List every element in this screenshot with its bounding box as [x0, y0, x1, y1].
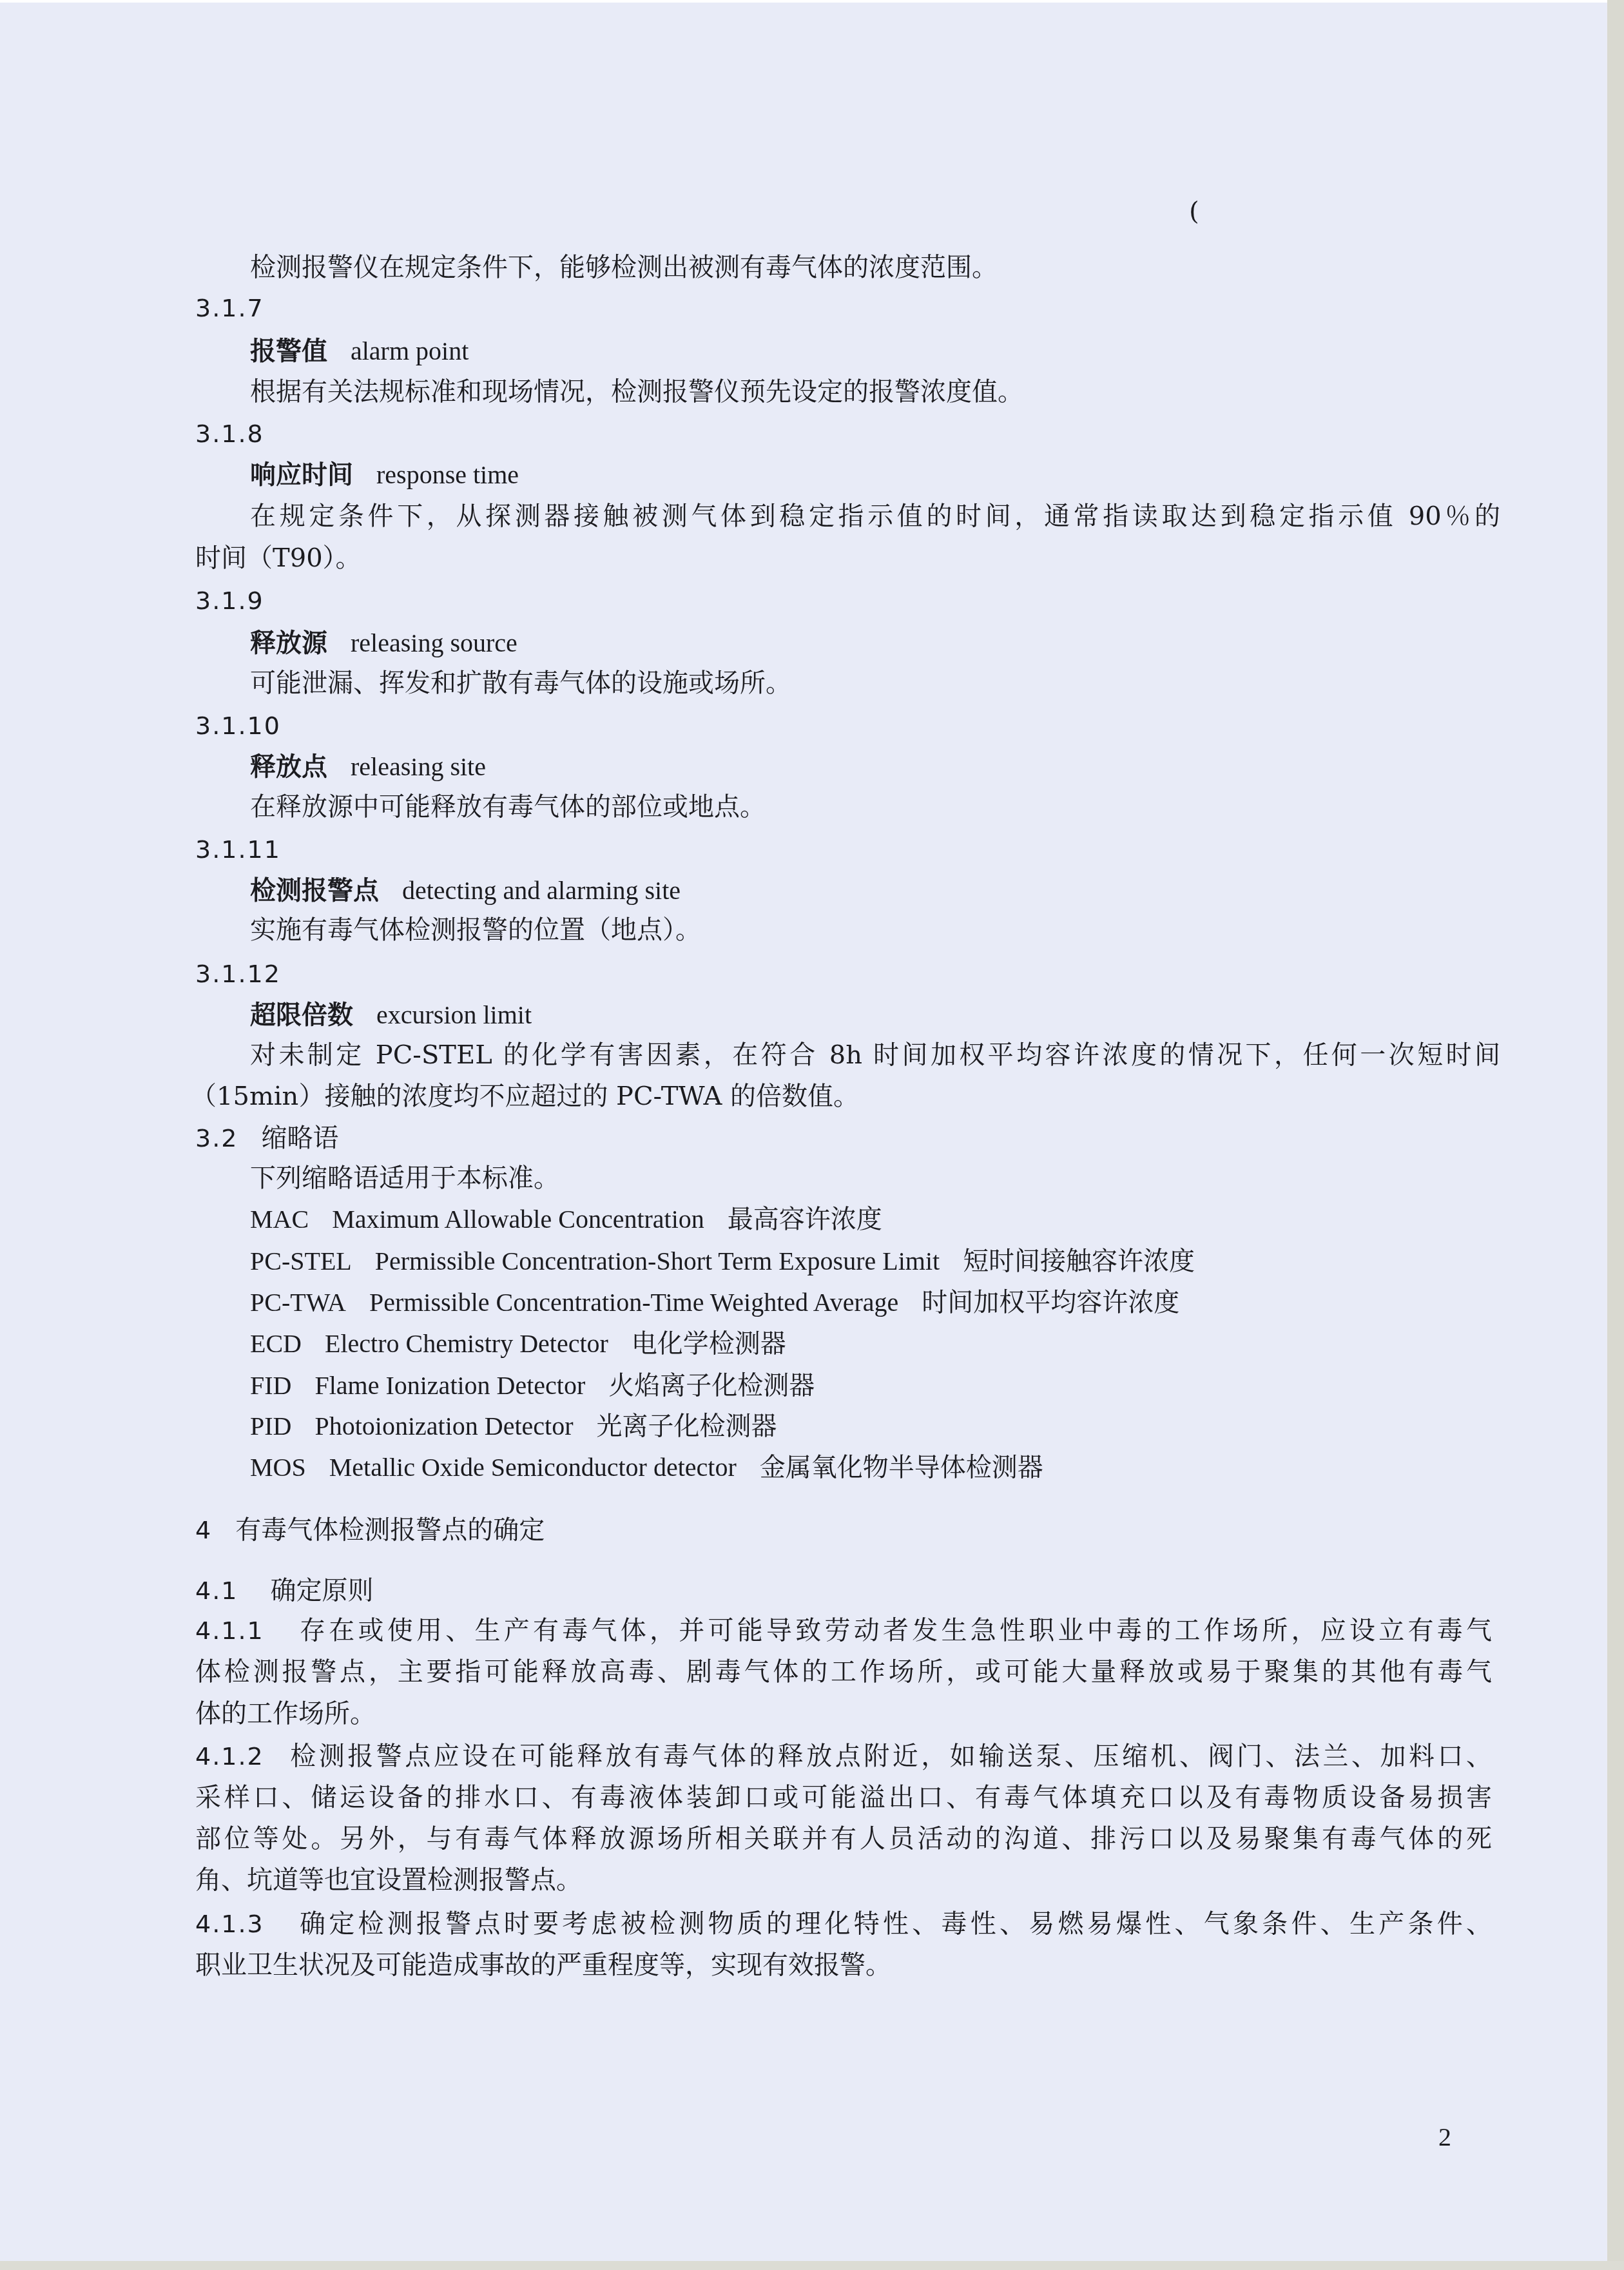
term-heading: 释放源releasing source [250, 628, 517, 659]
term-english: alarm point [351, 336, 469, 365]
abbr: PC-STEL [250, 1247, 352, 1276]
term-english: releasing site [351, 752, 486, 781]
term-heading: 检测报警点detecting and alarming site [250, 875, 681, 906]
abbr-chinese: 火焰离子化检测器 [608, 1371, 815, 1401]
definition-text: 在规定条件下，从探测器接触被测气体到稳定指示值的时间，通常指读取达到稳定指示值 … [250, 501, 1500, 532]
definition-text: 对未制定 PC-STEL 的化学有害因素，在符合 8h 时间加权平均容许浓度的情… [250, 1040, 1500, 1071]
term-english: excursion limit [376, 1000, 532, 1029]
definition-text: 根据有关法规标准和现场情况，检测报警仪预先设定的报警浓度值。 [250, 376, 1023, 407]
clause-text: 职业卫生状况及可能造成事故的严重程度等，实现有效报警。 [195, 1950, 891, 1981]
abbreviation-row: MOSMetallic Oxide Semiconductor detector… [250, 1452, 1043, 1483]
term-english: releasing source [351, 628, 517, 657]
definition-text: 时间（T90）。 [195, 543, 362, 574]
term-english: detecting and alarming site [402, 876, 681, 905]
abbreviation-row: PIDPhotoionization Detector光离子化检测器 [250, 1411, 777, 1442]
abbr: ECD [250, 1329, 302, 1358]
abbr-chinese: 金属氧化物半导体检测器 [760, 1453, 1043, 1482]
section-title: 确定原则 [270, 1576, 373, 1605]
abbr-english: Photoionization Detector [314, 1411, 573, 1441]
section-number: 3.2 [195, 1124, 238, 1152]
clause-text: 检测报警点应设在可能释放有毒气体的释放点附近，如输送泵、压缩机、阀门、法兰、加料… [287, 1741, 1492, 1771]
abbr-english: Permissible Concentration-Short Term Exp… [375, 1247, 940, 1276]
clause-text: 角、坑道等也宜设置检测报警点。 [195, 1865, 582, 1896]
abbr-english: Flame Ionization Detector [314, 1371, 585, 1400]
document-page: ( 检测报警仪在规定条件下，能够检测出被测有毒气体的浓度范围。 3.1.7 报警… [0, 0, 1606, 2261]
term-heading: 报警值alarm point [250, 336, 469, 367]
clause-number: 4.1.2 [195, 1742, 264, 1770]
clause-number: 3.1.8 [195, 418, 264, 449]
term-chinese: 释放源 [250, 628, 327, 658]
definition-text: 可能泄漏、挥发和扩散有毒气体的设施或场所。 [250, 668, 791, 699]
term-heading: 响应时间response time [250, 460, 519, 490]
section-title: 缩略语 [261, 1123, 338, 1153]
abbr: MOS [250, 1453, 306, 1482]
abbr-english: Maximum Allowable Concentration [332, 1205, 704, 1234]
abbreviation-row: PC-STELPermissible Concentration-Short T… [250, 1246, 1195, 1277]
abbr-chinese: 电化学检测器 [632, 1329, 786, 1359]
term-chinese: 报警值 [250, 336, 327, 366]
scan-edge-bottom [0, 2261, 1624, 2270]
term-chinese: 检测报警点 [250, 876, 379, 906]
abbreviation-row: PC-TWAPermissible Concentration-Time Wei… [250, 1287, 1179, 1318]
scan-edge-right [1607, 0, 1624, 2270]
header-mark: ( [1189, 196, 1199, 227]
abbr-english: Electro Chemistry Detector [325, 1329, 608, 1358]
section-number: 4.1 [195, 1576, 238, 1605]
clause-number: 3.1.9 [195, 585, 264, 616]
abbr-chinese: 时间加权平均容许浓度 [922, 1288, 1179, 1317]
section-intro: 下列缩略语适用于本标准。 [250, 1163, 559, 1194]
clause-text: 部位等处。另外，与有毒气体释放源场所相关联并有人员活动的沟道、排污口以及易聚集有… [195, 1823, 1492, 1854]
clause-text: 存在或使用、生产有毒气体，并可能导致劳动者发生急性职业中毒的工作场所，应设立有毒… [296, 1616, 1492, 1645]
clause-paragraph-line: 4.1.1存在或使用、生产有毒气体，并可能导致劳动者发生急性职业中毒的工作场所，… [195, 1615, 1492, 1646]
definition-text: 在释放源中可能释放有毒气体的部位或地点。 [250, 791, 766, 822]
abbr-chinese: 最高容许浓度 [728, 1205, 882, 1234]
chapter-heading: 4有毒气体检测报警点的确定 [195, 1515, 545, 1546]
abbr: PC-TWA [250, 1288, 346, 1317]
section-heading: 3.2缩略语 [195, 1123, 338, 1154]
clause-text: 采样口、储运设备的排水口、有毒液体装卸口或可能溢出口、有毒气体填充口以及有毒物质… [195, 1782, 1492, 1813]
abbr-chinese: 短时间接触容许浓度 [963, 1247, 1195, 1276]
definition-text: 检测报警仪在规定条件下，能够检测出被测有毒气体的浓度范围。 [250, 252, 998, 283]
term-chinese: 响应时间 [250, 460, 353, 490]
abbreviation-row: MACMaximum Allowable Concentration最高容许浓度 [250, 1204, 882, 1235]
term-heading: 释放点releasing site [250, 752, 486, 782]
abbr-english: Metallic Oxide Semiconductor detector [329, 1453, 737, 1482]
clause-text: 确定检测报警点时要考虑被检测物质的理化特性、毒性、易燃易爆性、气象条件、生产条件… [296, 1909, 1492, 1939]
chapter-number: 4 [195, 1516, 212, 1544]
abbr-chinese: 光离子化检测器 [596, 1411, 777, 1441]
term-heading: 超限倍数excursion limit [250, 1000, 532, 1031]
clause-number: 3.1.11 [195, 834, 281, 865]
scan-edge-top [0, 0, 1624, 3]
clause-number: 4.1.1 [195, 1616, 264, 1645]
abbr: MAC [250, 1205, 309, 1234]
clause-paragraph-line: 4.1.3确定检测报警点时要考虑被检测物质的理化特性、毒性、易燃易爆性、气象条件… [195, 1908, 1492, 1939]
section-heading: 4.1确定原则 [195, 1575, 373, 1606]
term-chinese: 释放点 [250, 752, 327, 782]
definition-text: 实施有毒气体检测报警的位置（地点）。 [250, 915, 701, 946]
clause-paragraph-line: 4.1.2检测报警点应设在可能释放有毒气体的释放点附近，如输送泵、压缩机、阀门、… [195, 1741, 1492, 1772]
abbr: PID [250, 1411, 291, 1441]
page-number: 2 [1438, 2122, 1451, 2153]
definition-text: （15min）接触的浓度均不应超过的 PC-TWA 的倍数值。 [191, 1081, 859, 1112]
clause-number: 3.1.12 [195, 958, 281, 989]
clause-number: 3.1.7 [195, 293, 264, 324]
clause-number: 3.1.10 [195, 710, 281, 741]
abbreviation-row: FIDFlame Ionization Detector火焰离子化检测器 [250, 1370, 815, 1401]
clause-text: 体的工作场所。 [195, 1698, 376, 1729]
abbr: FID [250, 1371, 291, 1400]
chapter-title: 有毒气体检测报警点的确定 [235, 1515, 545, 1545]
clause-text: 体检测报警点，主要指可能释放高毒、剧毒气体的工作场所，或可能大量释放或易于聚集的… [195, 1656, 1492, 1687]
abbreviation-row: ECDElectro Chemistry Detector电化学检测器 [250, 1328, 786, 1359]
term-chinese: 超限倍数 [250, 1000, 353, 1030]
clause-number: 4.1.3 [195, 1910, 264, 1938]
abbr-english: Permissible Concentration-Time Weighted … [369, 1288, 898, 1317]
term-english: response time [376, 460, 519, 489]
